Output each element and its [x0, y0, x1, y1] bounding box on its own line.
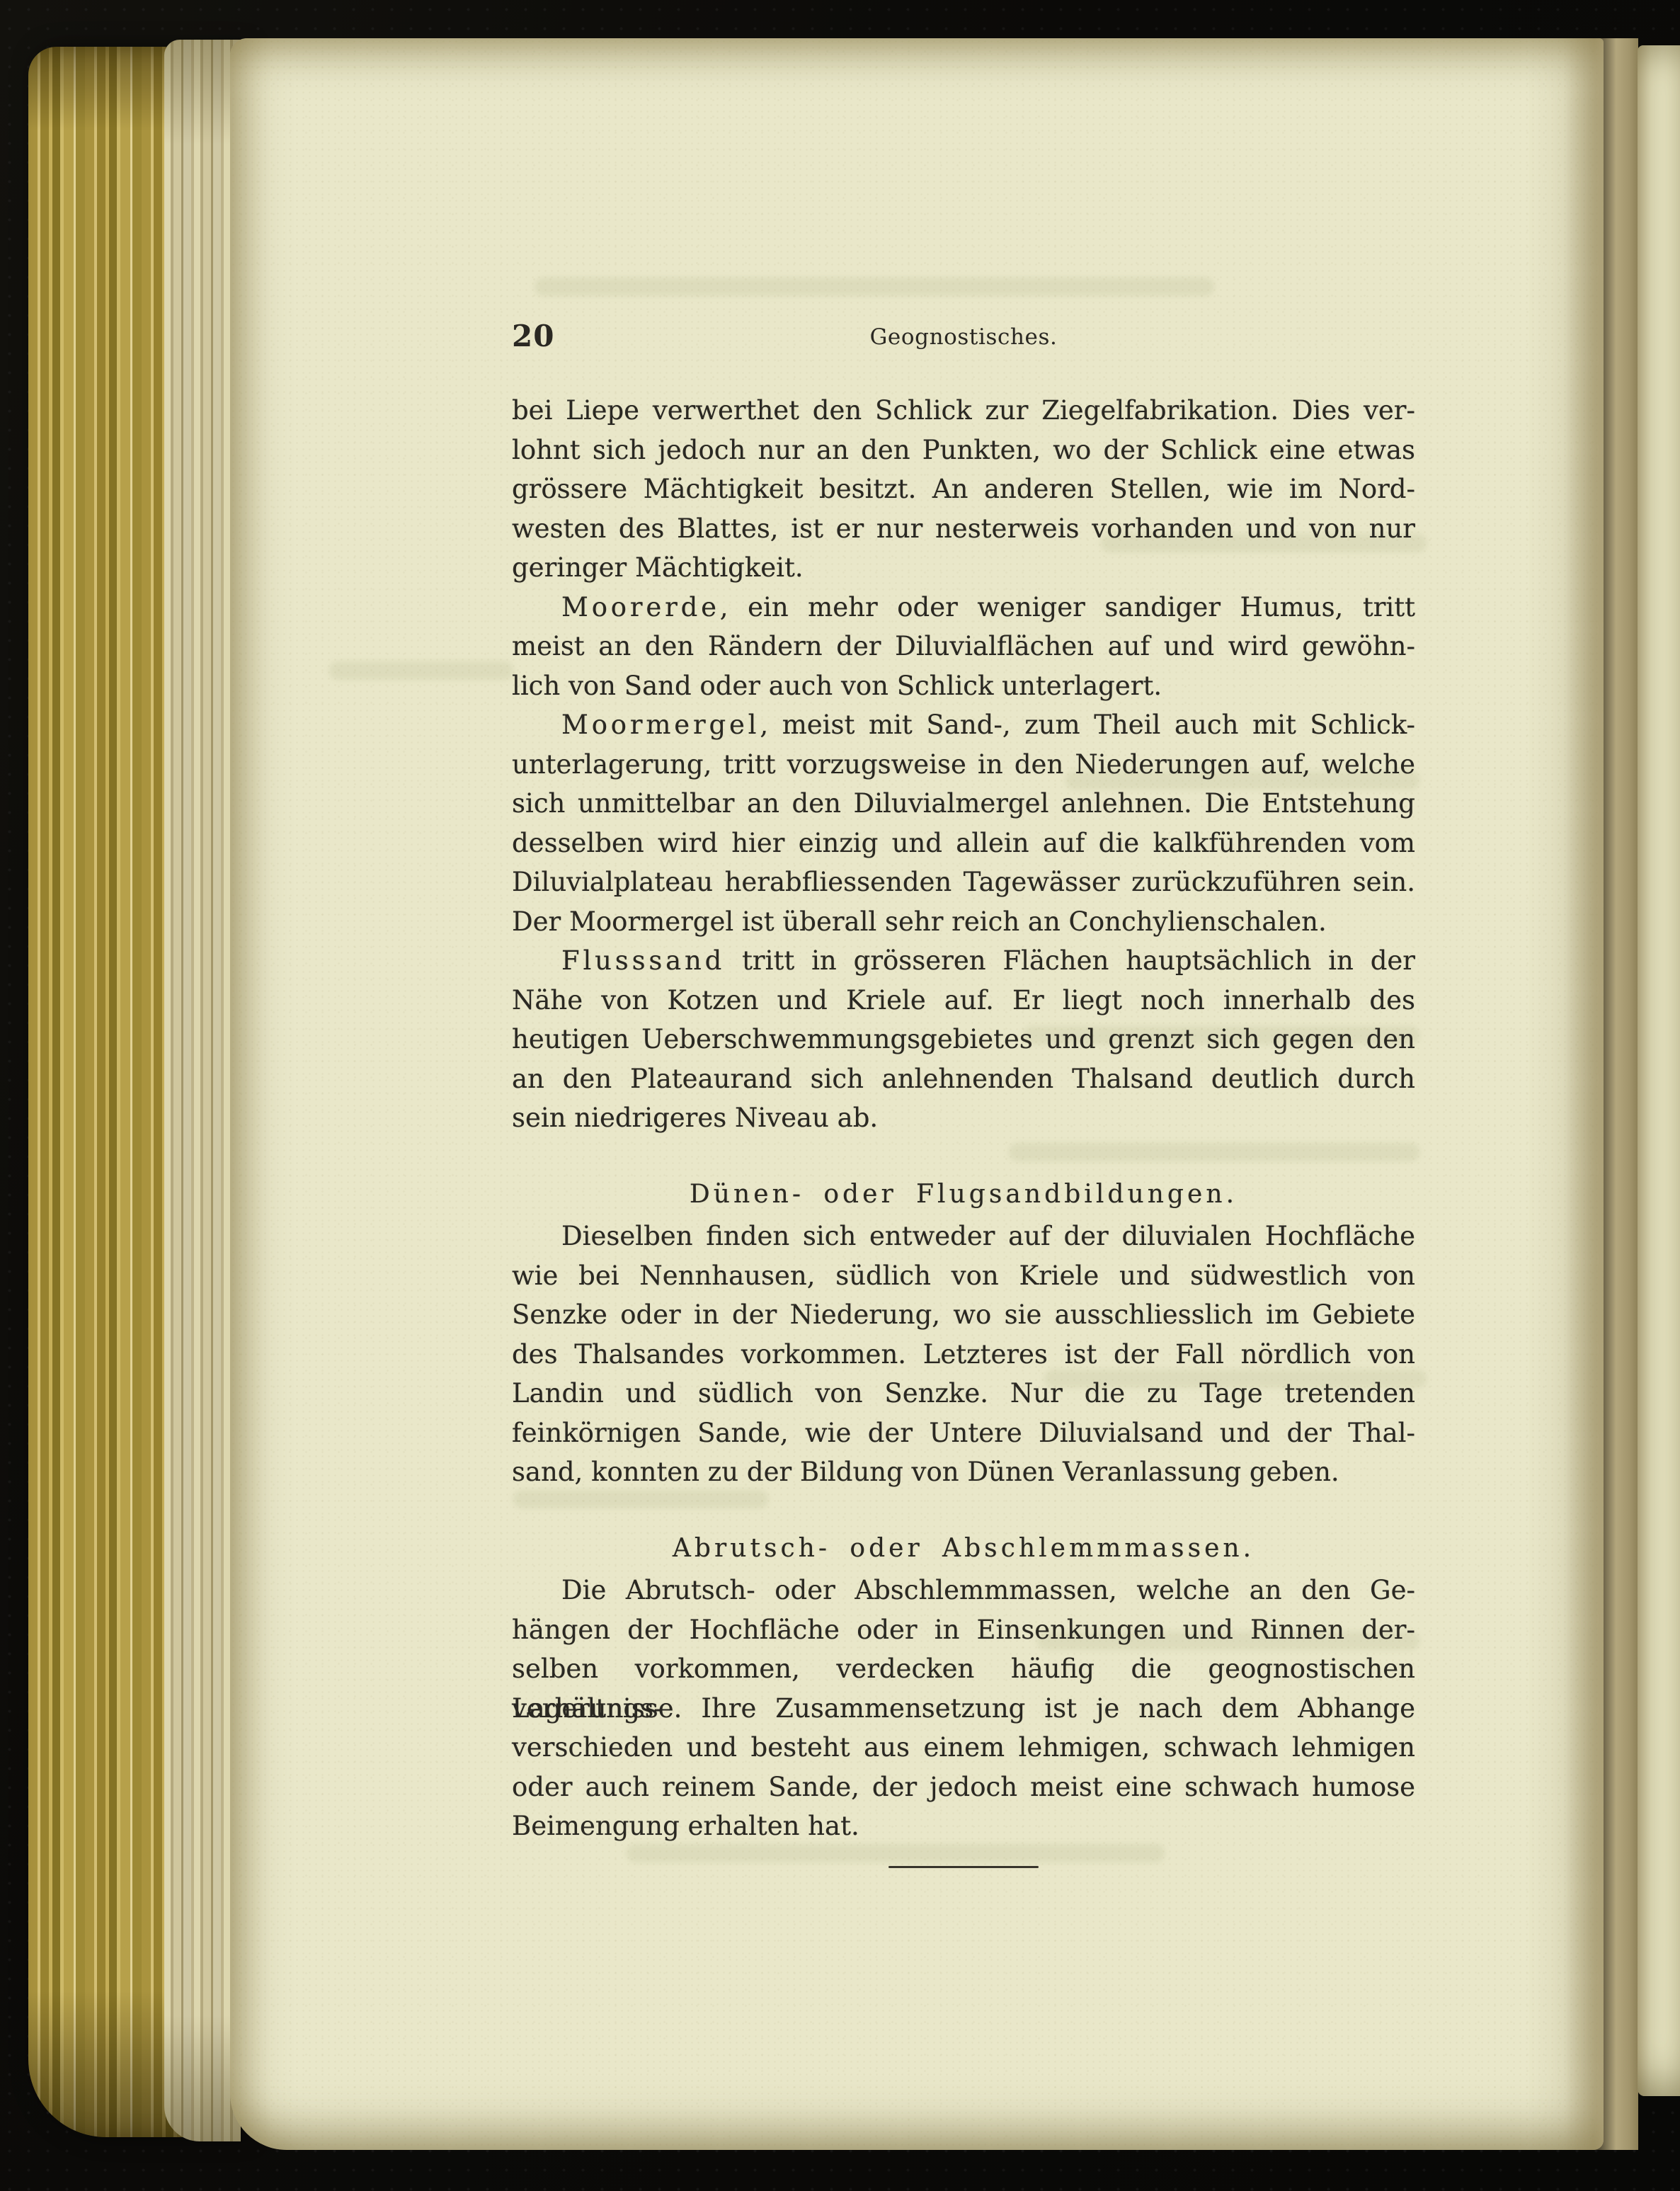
- text-line: bei Liepe verwerthet den Schlick zur Zie…: [512, 391, 1415, 431]
- text-line: unterlagerung, tritt vorzugsweise in den…: [512, 745, 1415, 785]
- text-line: desselben wird hier einzig und allein au…: [512, 824, 1415, 863]
- text-line: sich unmittelbar an den Diluvialmergel a…: [512, 784, 1415, 824]
- letterspaced-term: Flusssand: [561, 945, 725, 976]
- text-line: Die Abrutsch- oder Abschlemmmassen, welc…: [512, 1571, 1415, 1610]
- page-edge-leaves: [164, 40, 241, 2141]
- page-body: bei Liepe verwerthet den Schlick zur Zie…: [512, 391, 1415, 1868]
- running-head-row: 20 Geognostisches.: [512, 316, 1415, 358]
- facing-page-sliver: [1638, 45, 1680, 2096]
- text-line: Flusssand tritt in grösseren Flächen hau…: [512, 941, 1415, 981]
- text-line: Landin und südlich von Senzke. Nur die z…: [512, 1374, 1415, 1413]
- text-line: geringer Mächtigkeit.: [512, 548, 1415, 588]
- text-line: feinkörnigen Sande, wie der Untere Diluv…: [512, 1413, 1415, 1453]
- text-line: Beimengung erhalten hat.: [512, 1806, 1415, 1846]
- text-line: verschieden und besteht aus einem lehmig…: [512, 1728, 1415, 1768]
- text-line: selben vorkommen, verdecken häufig die g…: [512, 1649, 1415, 1689]
- scanned-page: 20 Geognostisches. bei Liepe verwerthet …: [230, 38, 1604, 2150]
- letterspaced-term: Moorerde: [561, 592, 720, 622]
- text-line: meist an den Rändern der Diluvialflächen…: [512, 627, 1415, 666]
- text-line: westen des Blattes, ist er nur nesterwei…: [512, 509, 1415, 549]
- text-line: Moorerde, ein mehr oder weniger sandiger…: [512, 588, 1415, 627]
- text-line: Diluvialplateau herabfliessenden Tagewäs…: [512, 863, 1415, 902]
- text-line: lohnt sich jedoch nur an den Punkten, wo…: [512, 431, 1415, 470]
- text-line: heutigen Ueberschwemmungsgebietes und gr…: [512, 1020, 1415, 1059]
- gutter-shadow: [1565, 38, 1638, 2150]
- text-line: Nähe von Kotzen und Kriele auf. Er liegt…: [512, 981, 1415, 1020]
- text-line: des Thalsandes vorkommen. Letzteres ist …: [512, 1335, 1415, 1375]
- text-line: Moormergel, meist mit Sand-, zum Theil a…: [512, 705, 1415, 745]
- bleed-through-mark: [329, 661, 513, 680]
- text-line: Senzke oder in der Niederung, wo sie aus…: [512, 1295, 1415, 1335]
- bleed-through-mark: [535, 278, 1214, 296]
- text-line: sein niedrigeres Niveau ab.: [512, 1098, 1415, 1138]
- text-line: sand, konnten zu der Bildung von Dünen V…: [512, 1452, 1415, 1492]
- text-line: lich von Sand oder auch von Schlick unte…: [512, 666, 1415, 706]
- section-heading: Abrutsch- oder Abschlemmmassen.: [512, 1529, 1415, 1569]
- book-photo: 20 Geognostisches. bei Liepe verwerthet …: [0, 0, 1680, 2191]
- running-head: Geognostisches.: [512, 324, 1415, 350]
- text-line: an den Plateaurand sich anlehnenden Thal…: [512, 1059, 1415, 1099]
- text-line: grössere Mächtigkeit besitzt. An anderen…: [512, 469, 1415, 509]
- letterspaced-term: Moormergel: [561, 710, 760, 740]
- text-line: oder auch reinem Sande, der jedoch meist…: [512, 1768, 1415, 1807]
- section-end-rule: [888, 1866, 1039, 1869]
- section-heading: Dünen- oder Flugsandbildungen.: [512, 1175, 1415, 1214]
- text-line: Der Moormergel ist überall sehr reich an…: [512, 902, 1415, 942]
- text-line: verhältnisse. Ihre Zusammensetzung ist j…: [512, 1689, 1415, 1729]
- text-line: Dieselben finden sich entweder auf der d…: [512, 1217, 1415, 1256]
- text-line: wie bei Nennhausen, südlich von Kriele u…: [512, 1256, 1415, 1296]
- text-line: hängen der Hochfläche oder in Einsenkung…: [512, 1610, 1415, 1650]
